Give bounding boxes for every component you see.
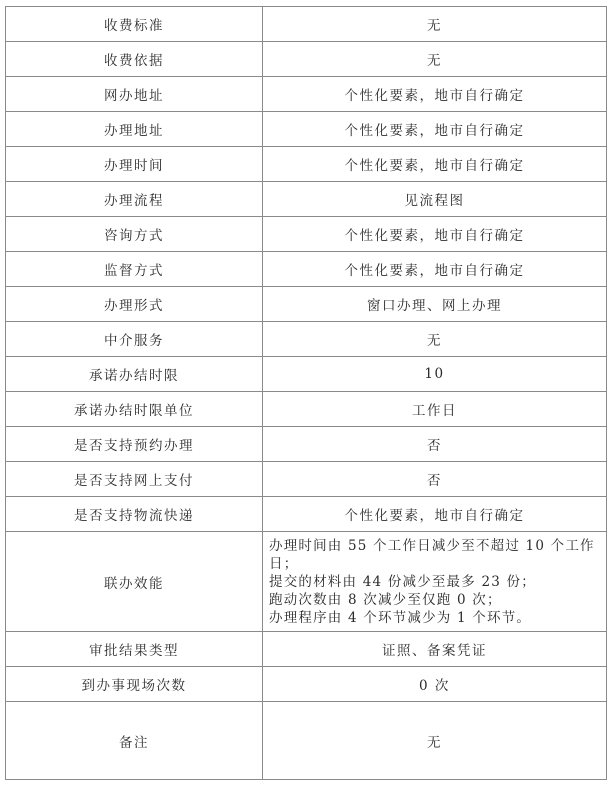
- row-label: 网办地址: [6, 77, 263, 112]
- table-row-process: 办理流程 见流程图: [6, 182, 607, 217]
- table-row-appointment: 是否支持预约办理 否: [6, 427, 607, 462]
- row-label: 是否支持网上支付: [6, 462, 263, 497]
- table-row-consultation: 咨询方式 个性化要素，地市自行确定: [6, 217, 607, 252]
- table-row-online-address: 网办地址 个性化要素，地市自行确定: [6, 77, 607, 112]
- row-value: 见流程图: [263, 182, 607, 217]
- table-row-express-delivery: 是否支持物流快递 个性化要素，地市自行确定: [6, 497, 607, 532]
- row-label: 咨询方式: [6, 217, 263, 252]
- row-value: 无: [263, 322, 607, 357]
- table-row-fee-standard: 收费标准 无: [6, 7, 607, 42]
- efficiency-line: 办理时间由 55 个工作日减少至不超过 10 个工作日；: [269, 537, 600, 573]
- row-value: 个性化要素，地市自行确定: [263, 147, 607, 182]
- row-value: 窗口办理、网上办理: [263, 287, 607, 322]
- row-value: 个性化要素，地市自行确定: [263, 252, 607, 287]
- row-value: 否: [263, 427, 607, 462]
- efficiency-line: 办理程序由 4 个环节减少为 1 个环节。: [269, 609, 600, 627]
- table-row-supervision: 监督方式 个性化要素，地市自行确定: [6, 252, 607, 287]
- efficiency-line: 提交的材料由 44 份减少至最多 23 份；: [269, 573, 600, 591]
- row-label: 办理地址: [6, 112, 263, 147]
- row-value: 无: [263, 42, 607, 77]
- table-row-handling-form: 办理形式 窗口办理、网上办理: [6, 287, 607, 322]
- table-row-office-hours: 办理时间 个性化要素，地市自行确定: [6, 147, 607, 182]
- row-label: 办理时间: [6, 147, 263, 182]
- table-row-time-limit-unit: 承诺办结时限单位 工作日: [6, 392, 607, 427]
- table-row-joint-efficiency: 联办效能 办理时间由 55 个工作日减少至不超过 10 个工作日； 提交的材料由…: [6, 532, 607, 632]
- table-row-office-address: 办理地址 个性化要素，地市自行确定: [6, 112, 607, 147]
- table-row-result-type: 审批结果类型 证照、备案凭证: [6, 632, 607, 667]
- row-label: 办理流程: [6, 182, 263, 217]
- row-label: 监督方式: [6, 252, 263, 287]
- row-label: 办理形式: [6, 287, 263, 322]
- row-value: 无: [263, 702, 607, 780]
- row-value: 0 次: [263, 667, 607, 702]
- row-value: 10: [263, 357, 607, 392]
- row-value: 无: [263, 7, 607, 42]
- table-row-intermediary: 中介服务 无: [6, 322, 607, 357]
- row-label: 是否支持预约办理: [6, 427, 263, 462]
- row-value-list: 办理时间由 55 个工作日减少至不超过 10 个工作日； 提交的材料由 44 份…: [263, 532, 607, 632]
- table-row-time-limit: 承诺办结时限 10: [6, 357, 607, 392]
- row-value: 个性化要素，地市自行确定: [263, 112, 607, 147]
- service-info-table: 收费标准 无 收费依据 无 网办地址 个性化要素，地市自行确定 办理地址 个性化…: [5, 6, 607, 780]
- efficiency-line: 跑动次数由 8 次减少至仅跑 0 次；: [269, 591, 600, 609]
- row-value: 个性化要素，地市自行确定: [263, 77, 607, 112]
- row-value: 证照、备案凭证: [263, 632, 607, 667]
- table-row-onsite-visits: 到办事现场次数 0 次: [6, 667, 607, 702]
- row-label: 是否支持物流快递: [6, 497, 263, 532]
- row-label: 联办效能: [6, 532, 263, 632]
- row-label: 中介服务: [6, 322, 263, 357]
- row-value: 个性化要素，地市自行确定: [263, 217, 607, 252]
- table-row-remarks: 备注 无: [6, 702, 607, 780]
- row-value: 工作日: [263, 392, 607, 427]
- table-row-fee-basis: 收费依据 无: [6, 42, 607, 77]
- row-label: 承诺办结时限单位: [6, 392, 263, 427]
- row-label: 收费标准: [6, 7, 263, 42]
- row-value: 否: [263, 462, 607, 497]
- row-value: 个性化要素，地市自行确定: [263, 497, 607, 532]
- row-label: 收费依据: [6, 42, 263, 77]
- row-label: 审批结果类型: [6, 632, 263, 667]
- row-label: 到办事现场次数: [6, 667, 263, 702]
- table-row-online-payment: 是否支持网上支付 否: [6, 462, 607, 497]
- row-label: 承诺办结时限: [6, 357, 263, 392]
- row-label: 备注: [6, 702, 263, 780]
